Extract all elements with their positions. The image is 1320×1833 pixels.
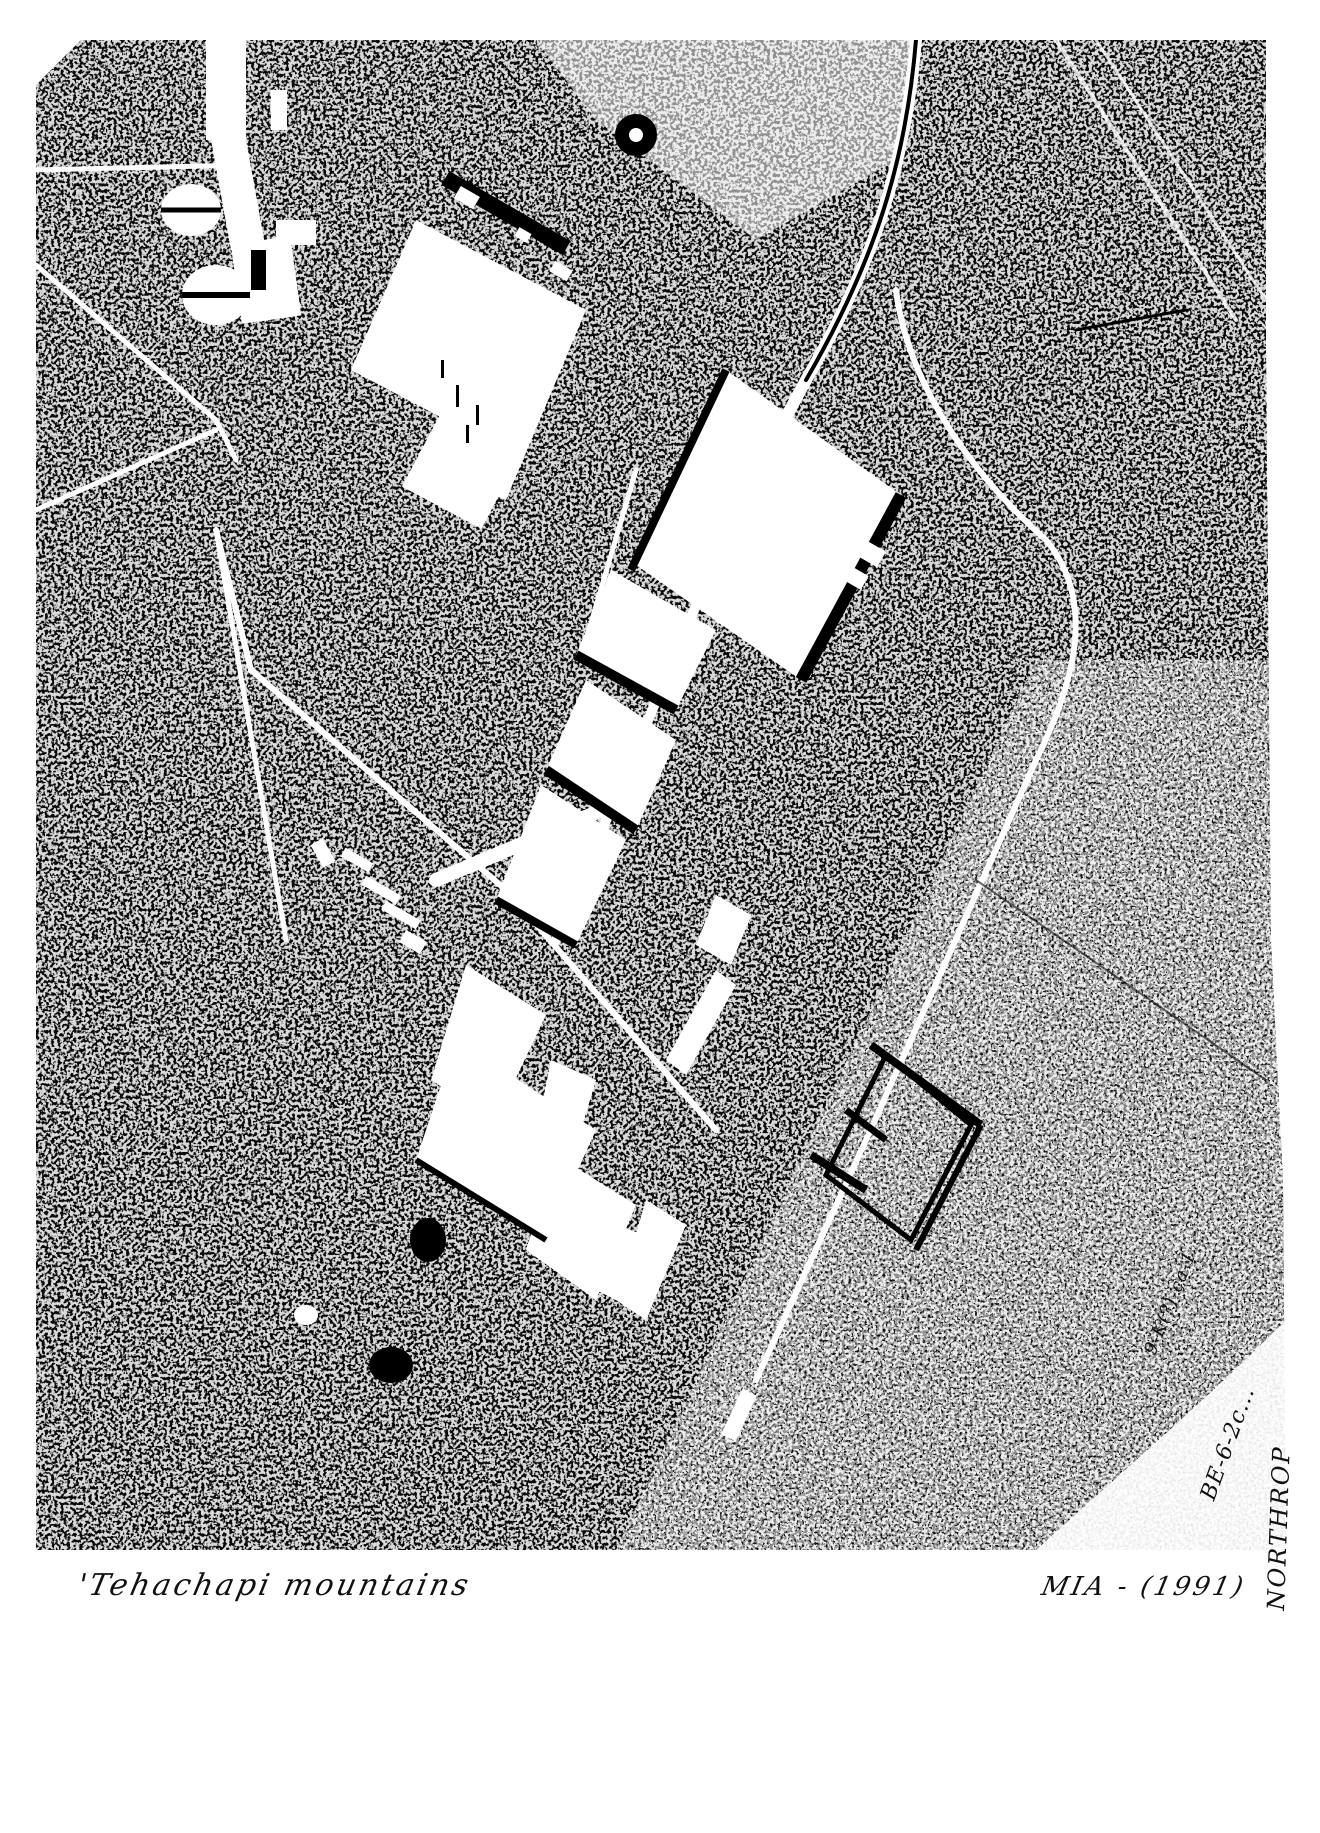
- dark-pond-1: [410, 1218, 446, 1262]
- northrop-label: NORTHROP: [1262, 1445, 1296, 1611]
- dark-pond-2: [369, 1347, 413, 1383]
- date-caption: MIA - (1991): [1039, 1572, 1249, 1602]
- aerial-photograph: [36, 40, 1286, 1550]
- location-caption: 'Tehachapi mountains: [74, 1568, 474, 1603]
